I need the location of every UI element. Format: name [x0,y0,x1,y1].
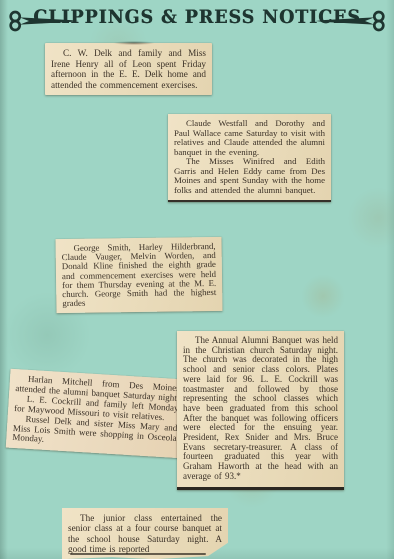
torn-ink-rule [70,553,206,555]
page-masthead: CLIPPINGS & PRESS NOTICES [0,4,394,32]
clipping-paragraph: The Annual Alumni Banquet was held in th… [183,336,338,482]
clipping-westfall-wallace-visit: Claude Westfall and Dorothy and Paul Wal… [168,114,331,202]
page-title: CLIPPINGS & PRESS NOTICES [33,6,361,28]
scrapbook-page: CLIPPINGS & PRESS NOTICES C. W. Delk and… [0,0,394,559]
clipping-delk-family-visit: C. W. Delk and family and Miss Irene Hen… [45,43,212,95]
clipping-mitchell-cockrill-delk-notes: Harlan Mitchell from Des Moines attended… [6,369,187,459]
clipping-annual-alumni-banquet: The Annual Alumni Banquet was held in th… [177,331,344,490]
clipping-paragraph: C. W. Delk and family and Miss Irene Hen… [51,48,206,90]
clipping-junior-class-banquet: The junior class entertained the senior … [62,508,228,559]
clipping-paragraph: The Misses Winifred and Edith Garris and… [174,157,325,195]
clipping-paragraph: The junior class entertained the senior … [68,513,222,554]
scissors-icon [314,10,386,32]
clipping-eighth-grade-commencement: George Smith, Harley Hilderbrand, Claude… [55,237,222,314]
clipping-paragraph: Claude Westfall and Dorothy and Paul Wal… [174,119,325,157]
clipping-paragraph: George Smith, Harley Hilderbrand, Claude… [62,242,217,309]
